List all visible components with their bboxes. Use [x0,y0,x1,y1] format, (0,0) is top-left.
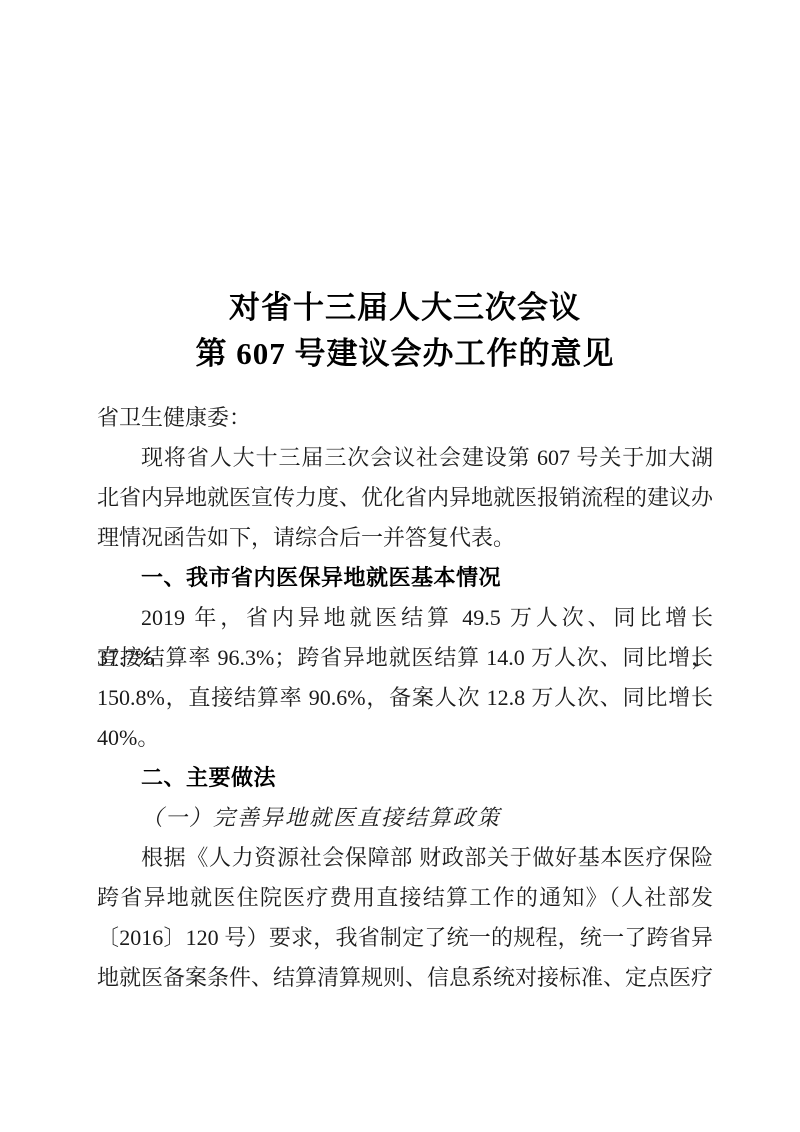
document-body: 省卫生健康委： 现将省人大十三届三次会议社会建设第 607 号关于加大湖 北省内… [97,398,713,998]
document-title: 对省十三届人大三次会议 第 607 号建议会办工作的意见 [97,285,713,377]
document-title-line-1: 对省十三届人大三次会议 [97,285,713,331]
paragraph-line: 根据《人力资源社会保障部 财政部关于做好基本医疗保险 [97,838,713,878]
paragraph-line: 150.8%，直接结算率 90.6%，备案人次 12.8 万人次、同比增长 [97,678,713,718]
paragraph-line: 理情况函告如下，请综合后一并答复代表。 [97,518,713,558]
paragraph-line: 北省内异地就医宣传力度、优化省内异地就医报销流程的建议办 [97,478,713,518]
paragraph-line: 40%。 [97,718,713,758]
paragraph-line: 地就医备案条件、结算清算规则、信息系统对接标准、定点医疗 [97,958,713,998]
paragraph-line: 〔2016〕120 号）要求，我省制定了统一的规程，统一了跨省异 [97,918,713,958]
document-page: 对省十三届人大三次会议 第 607 号建议会办工作的意见 省卫生健康委： 现将省… [0,0,800,1132]
subsection-heading-1: （一）完善异地就医直接结算政策 [97,798,713,838]
paragraph-line: 2019 年，省内异地就医结算 49.5 万人次、同比增长 37.7%， [97,598,713,638]
salutation-line: 省卫生健康委： [97,398,713,438]
section-heading-1: 一、我市省内医保异地就医基本情况 [97,558,713,598]
paragraph-line: 直接结算率 96.3%；跨省异地就医结算 14.0 万人次、同比增长 [97,638,713,678]
paragraph-line: 跨省异地就医住院医疗费用直接结算工作的通知》（人社部发 [97,878,713,918]
paragraph-line: 现将省人大十三届三次会议社会建设第 607 号关于加大湖 [97,438,713,478]
document-title-line-2: 第 607 号建议会办工作的意见 [97,331,713,377]
section-heading-2: 二、主要做法 [97,758,713,798]
